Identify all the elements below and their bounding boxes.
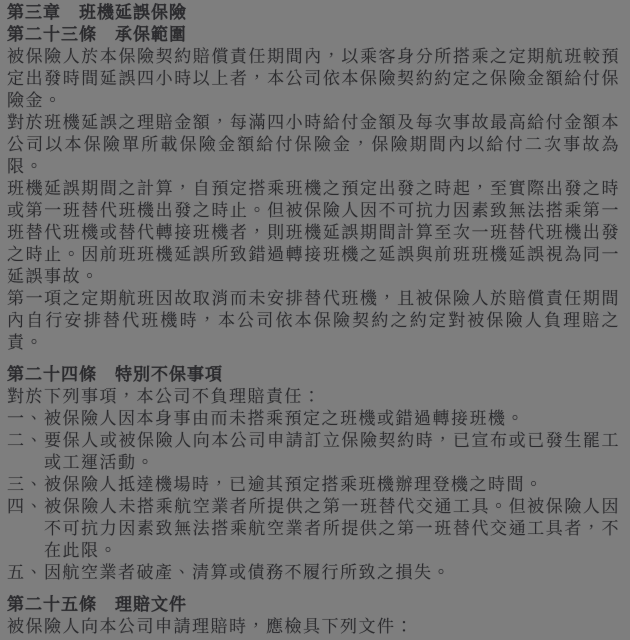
- text-line: 定出發時間延誤四小時以上者，本公司依本保險契約約定之保險金額給付保: [7, 68, 620, 90]
- text-line: 不可抗力因素致無法搭乘航空業者所提供之第一班替代交通工具者，不: [7, 518, 620, 540]
- text-line: 公司以本保險單所載保險金額給付保險金，保險期間內以給付二次事故為: [7, 134, 620, 156]
- text-line: 責。: [7, 332, 620, 354]
- text-line: 五、因航空業者破產、清算或債務不履行所致之損失。: [7, 562, 620, 584]
- text-line: 第一項之定期航班因故取消而未安排替代班機，且被保險人於賠償責任期間: [7, 288, 620, 310]
- text-line: 一、被保險人因本身事由而未搭乘預定之班機或錯過轉接班機。: [7, 408, 620, 430]
- text-line: 對於班機延誤之理賠金額，每滿四小時給付金額及每次事故最高給付金額本: [7, 112, 620, 134]
- text-line: 被保險人於本保險契約賠償責任期間內，以乘客身分所搭乘之定期航班較預: [7, 46, 620, 68]
- section-heading: 第二十三條 承保範圍: [7, 24, 620, 46]
- text-line: 三、被保險人抵達機場時，已逾其預定搭乘班機辦理登機之時間。: [7, 474, 620, 496]
- text-line: 延誤事故。: [7, 266, 620, 288]
- text-line: 之時止。因前班班機延誤所致錯過轉接班機之延誤與前班班機延誤視為同一: [7, 244, 620, 266]
- section-heading: 第二十四條 特別不保事項: [7, 364, 620, 386]
- text-line: 或第一班替代班機出發之時止。但被保險人因不可抗力因素致無法搭乘第一: [7, 200, 620, 222]
- document-page: 第三章 班機延誤保險第二十三條 承保範圍被保險人於本保險契約賠償責任期間內，以乘…: [0, 0, 630, 640]
- document-body: 第三章 班機延誤保險第二十三條 承保範圍被保險人於本保險契約賠償責任期間內，以乘…: [7, 2, 620, 638]
- text-line: 或工運活動。: [7, 452, 620, 474]
- text-line: 被保險人向本公司申請理賠時，應檢具下列文件：: [7, 616, 620, 638]
- text-line: 對於下列事項，本公司不負理賠責任：: [7, 386, 620, 408]
- text-line: 班替代班機或替代轉接班機者，則班機延誤期間計算至次一班替代班機出發: [7, 222, 620, 244]
- text-line: 在此限。: [7, 540, 620, 562]
- section-heading: 第三章 班機延誤保險: [7, 2, 620, 24]
- text-line: 險金。: [7, 90, 620, 112]
- text-line: 四、被保險人未搭乘航空業者所提供之第一班替代交通工具。但被保險人因: [7, 496, 620, 518]
- section-heading: 第二十五條 理賠文件: [7, 594, 620, 616]
- text-line: 班機延誤期間之計算，自預定搭乘班機之預定出發之時起，至實際出發之時: [7, 178, 620, 200]
- text-line: 內自行安排替代班機時，本公司依本保險契約之約定對被保險人負理賠之: [7, 310, 620, 332]
- text-line: 限。: [7, 156, 620, 178]
- text-line: 二、要保人或被保險人向本公司申請訂立保險契約時，已宣布或已發生罷工: [7, 430, 620, 452]
